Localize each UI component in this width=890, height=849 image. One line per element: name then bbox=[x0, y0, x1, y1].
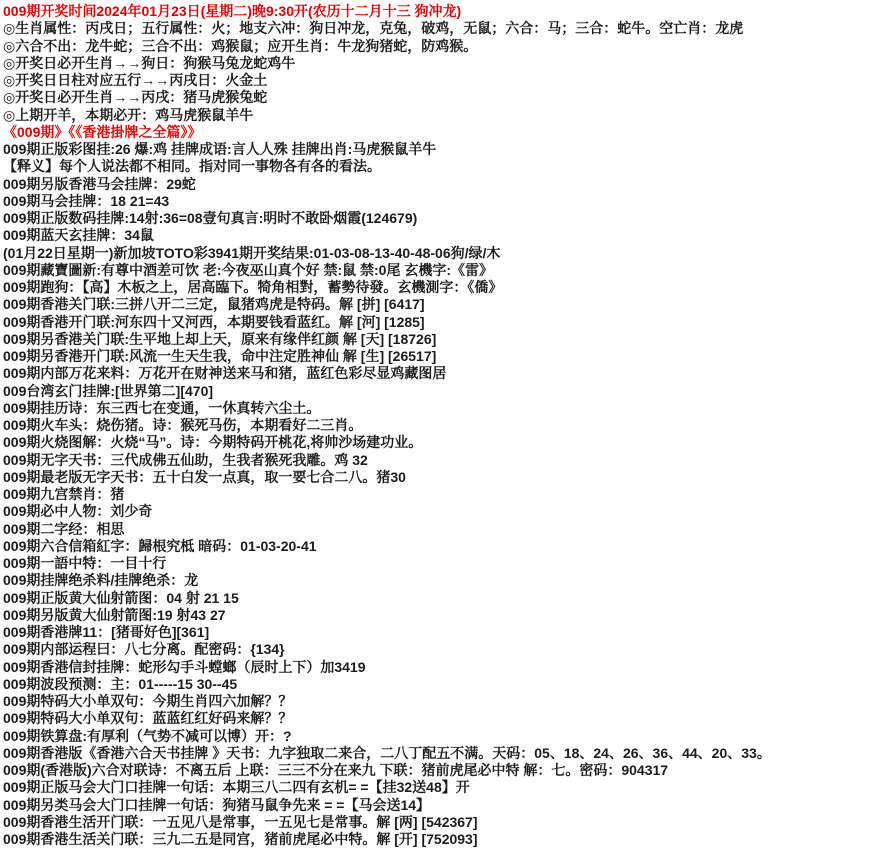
text-line: 009期特码大小单双句：蓝蓝红红好码来解？？ bbox=[3, 710, 888, 727]
text-line: ◎生肖属性：丙戌日；五行属性：火；地支六冲：狗日冲龙，克兔，破鸡，无鼠；六合：马… bbox=[3, 20, 888, 37]
text-line: 009期香港关门联:三拼八开二三定，鼠猪鸡虎是特码。解 [拼] [6417] bbox=[3, 296, 888, 313]
text-line: 009期六合信箱紅字：歸根究柢 暗码：01-03-20-41 bbox=[3, 538, 888, 555]
text-line: 009期铁算盘:有厚利（气势不减可以博）开：? bbox=[3, 728, 888, 745]
text-line: 009期(香港版)六合对联诗：不离五后 上联：三三不分在来九 下联：猪前虎尾必中… bbox=[3, 762, 888, 779]
text-line: ◎开奖日必开生肖→→狗日：狗猴马兔龙蛇鸡牛 bbox=[3, 55, 888, 72]
text-line: 009台湾玄门挂牌:[世界第二][470] bbox=[3, 383, 888, 400]
text-line: 009期蓝天玄挂牌：34鼠 bbox=[3, 227, 888, 244]
highlight-text-line: 009期开奖时间2024年01月23日(星期二)晚9:30开(农历十二月十三 狗… bbox=[3, 3, 888, 20]
text-line: 009期挂牌绝杀料/挂牌绝杀：龙 bbox=[3, 572, 888, 589]
text-line: 009期香港生活开门联：一五见八是常事，一五见七是常事。解 [两] [54236… bbox=[3, 814, 888, 831]
document-body: 009期开奖时间2024年01月23日(星期二)晚9:30开(农历十二月十三 狗… bbox=[0, 0, 890, 848]
text-line: 009期另香港开门联:风流一生天生我，命中注定胜神仙 解 [生] [26517] bbox=[3, 348, 888, 365]
text-line: 009期二字经：相思 bbox=[3, 521, 888, 538]
text-line: 009期特码大小单双句：今期生肖四六加解？？ bbox=[3, 693, 888, 710]
text-line: 【释义】每个人说法都不相同。指对同一事物各有各的看法。 bbox=[3, 158, 888, 175]
text-line: 009期内部万花来料：万花开在财神送来马和猪，蓝红色彩尽显鸡藏图居 bbox=[3, 365, 888, 382]
text-line: 009期必中人物：刘少奇 bbox=[3, 503, 888, 520]
text-line: 009期香港牌11：[猪哥好色][361] bbox=[3, 624, 888, 641]
text-line: 009期挂历诗：东三西七在变通，一休真转六尘土。 bbox=[3, 400, 888, 417]
text-line: ◎上期开羊，本期必开：鸡马虎猴鼠羊牛 bbox=[3, 107, 888, 124]
text-line: ◎开奖日必开生肖→→丙戌：猪马虎猴兔蛇 bbox=[3, 89, 888, 106]
highlight-text-line: 《009期》《《香港掛牌之全篇》》 bbox=[3, 124, 888, 141]
text-line: 009期内部运程曰：八七分离。配密码：{134} bbox=[3, 641, 888, 658]
text-line: 009期另版黄大仙射箭图:19 射43 27 bbox=[3, 607, 888, 624]
text-line: 009期跑狗：【高】木板之上，居高臨下。犄角相對，蓄勢待發。玄機測字：《僑》 bbox=[3, 279, 888, 296]
text-line: ◎六合不出：龙牛蛇；三合不出：鸡猴鼠；应开生肖：牛龙狗猪蛇，防鸡猴。 bbox=[3, 38, 888, 55]
text-line: 009期正版马会大门口挂牌一句话：本期三八二四有玄机= =【挂32送48】开 bbox=[3, 779, 888, 796]
text-line: (01月22日星期一)新加坡TOTO彩3941期开奖结果:01-03-08-13… bbox=[3, 245, 888, 262]
text-line: 009期波段预测：主：01-----15 30--45 bbox=[3, 676, 888, 693]
text-line: 009期藏寶圖新:有尊中酒差可饮 老:今夜巫山真个好 禁:鼠 禁:0尾 玄機字:… bbox=[3, 262, 888, 279]
text-line: 009期火车头：烧伤猪。诗：猴死马伤，本期看好二三肖。 bbox=[3, 417, 888, 434]
text-line: 009期正版黄大仙射箭图：04 射 21 15 bbox=[3, 590, 888, 607]
text-line: 009期另版香港马会挂牌：29蛇 bbox=[3, 176, 888, 193]
text-line: ◎开奖日日柱对应五行→→丙戌日：火金土 bbox=[3, 72, 888, 89]
text-line: 009期火烧图解：火烧“马”。诗：今期特码开桃花,将帅沙场建功业。 bbox=[3, 434, 888, 451]
text-line: 009期九宫禁肖：猪 bbox=[3, 486, 888, 503]
text-line: 009期香港信封挂牌：蛇形勾手斗螳螂（辰时上下）加3419 bbox=[3, 659, 888, 676]
text-line: 009期另香港关门联:生平地上却上天，原来有缘伴红颜 解 [天] [18726] bbox=[3, 331, 888, 348]
text-line: 009期香港开门联:河东四十又河西，本期要钱看蓝红。解 [河] [1285] bbox=[3, 314, 888, 331]
text-line: 009期马会挂牌：18 21=43 bbox=[3, 193, 888, 210]
text-line: 009期一語中特：一目十行 bbox=[3, 555, 888, 572]
text-line: 009期香港版《香港六合天书挂牌 》天书：九字独取二来合，二八丁配五不满。天码：… bbox=[3, 745, 888, 762]
text-line: 009期另类马会大门口挂牌一句话：狗猪马鼠争先来 = =【马会送14】 bbox=[3, 797, 888, 814]
text-line: 009期香港生活关门联：三九二五是同宫，猪前虎尾必中特。解 [开] [75209… bbox=[3, 831, 888, 848]
text-line: 009期无字天书：三代成佛五仙助，生我者猴死我雕。鸡 32 bbox=[3, 452, 888, 469]
text-line: 009期正版彩图挂:26 爆:鸡 挂牌成语:言人人殊 挂牌出肖:马虎猴鼠羊牛 bbox=[3, 141, 888, 158]
text-line: 009期最老版无字天书：五十白发一点真，取一要七合二八。猪30 bbox=[3, 469, 888, 486]
text-line: 009期正版数码挂牌:14射:36=08壹句真言:明时不敢卧烟霞(124679) bbox=[3, 210, 888, 227]
